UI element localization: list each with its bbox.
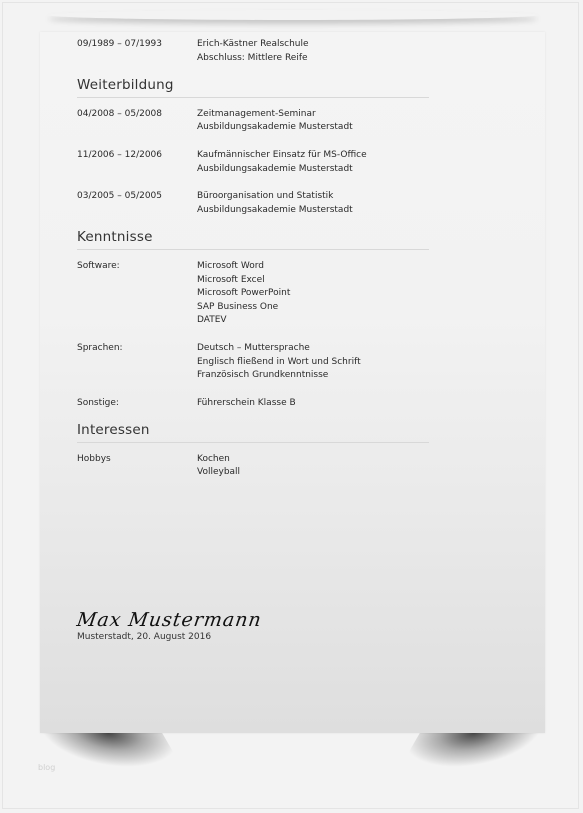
entry-line: DATEV <box>197 314 429 328</box>
entry-line: Kaufmännischer Einsatz für MS-Office <box>197 149 429 163</box>
entry-line: Abschluss: Mittlere Reife <box>197 52 429 66</box>
entry-line: Kochen <box>197 453 429 467</box>
entry-line: Ausbildungsakademie Musterstadt <box>197 121 429 135</box>
entry-description: Microsoft Word Microsoft Excel Microsoft… <box>197 260 429 328</box>
resume-content: 09/1989 – 07/1993 Erich-Kästner Realschu… <box>77 38 429 494</box>
entry-description: Büroorganisation und Statistik Ausbildun… <box>197 190 429 217</box>
entry-line: Französisch Grundkenntnisse <box>197 369 429 383</box>
handwritten-signature: Max Mustermann <box>75 608 263 632</box>
entry-date: 09/1989 – 07/1993 <box>77 38 197 65</box>
entry-line: Ausbildungsakademie Musterstadt <box>197 204 429 218</box>
entry-date: 03/2005 – 05/2005 <box>77 190 197 217</box>
schooling-entry: 09/1989 – 07/1993 Erich-Kästner Realschu… <box>77 38 429 65</box>
entry-line: Ausbildungsakademie Musterstadt <box>197 163 429 177</box>
entry-line: Zeitmanagement-Seminar <box>197 108 429 122</box>
section-title-kenntnisse: Kenntnisse <box>77 231 429 250</box>
entry-line: Büroorganisation und Statistik <box>197 190 429 204</box>
entry-label: Hobbys <box>77 453 197 480</box>
entry-line: Englisch fließend in Wort und Schrift <box>197 356 429 370</box>
entry-description: Deutsch – Muttersprache Englisch fließen… <box>197 342 429 383</box>
entry-line: Deutsch – Muttersprache <box>197 342 429 356</box>
place-and-date: Musterstadt, 20. August 2016 <box>77 632 262 642</box>
entry-description: Kaufmännischer Einsatz für MS-Office Aus… <box>197 149 429 176</box>
entry-description: Zeitmanagement-Seminar Ausbildungsakadem… <box>197 108 429 135</box>
entry-label: Sonstige: <box>77 397 197 411</box>
skills-entry-software: Software: Microsoft Word Microsoft Excel… <box>77 260 429 328</box>
entry-line: SAP Business One <box>197 301 429 315</box>
entry-line: Volleyball <box>197 466 429 480</box>
entry-description: Kochen Volleyball <box>197 453 429 480</box>
entry-date: 04/2008 – 05/2008 <box>77 108 197 135</box>
interests-entry-hobbies: Hobbys Kochen Volleyball <box>77 453 429 480</box>
entry-description: Erich-Kästner Realschule Abschluss: Mitt… <box>197 38 429 65</box>
entry-line: Erich-Kästner Realschule <box>197 38 429 52</box>
training-entry: 04/2008 – 05/2008 Zeitmanagement-Seminar… <box>77 108 429 135</box>
page-top-shadow <box>48 10 538 20</box>
section-title-weiterbildung: Weiterbildung <box>77 79 429 98</box>
entry-line: Microsoft PowerPoint <box>197 287 429 301</box>
entry-date: 11/2006 – 12/2006 <box>77 149 197 176</box>
signature-block: Max Mustermann Musterstadt, 20. August 2… <box>77 608 262 642</box>
entry-label: Software: <box>77 260 197 328</box>
training-entry: 03/2005 – 05/2005 Büroorganisation und S… <box>77 190 429 217</box>
skills-entry-languages: Sprachen: Deutsch – Muttersprache Englis… <box>77 342 429 383</box>
entry-label: Sprachen: <box>77 342 197 383</box>
entry-description: Führerschein Klasse B <box>197 397 429 411</box>
entry-line: Führerschein Klasse B <box>197 397 429 411</box>
skills-entry-other: Sonstige: Führerschein Klasse B <box>77 397 429 411</box>
entry-line: Microsoft Excel <box>197 274 429 288</box>
section-title-interessen: Interessen <box>77 424 429 443</box>
entry-line: Microsoft Word <box>197 260 429 274</box>
watermark-text: blog <box>38 763 55 772</box>
training-entry: 11/2006 – 12/2006 Kaufmännischer Einsatz… <box>77 149 429 176</box>
